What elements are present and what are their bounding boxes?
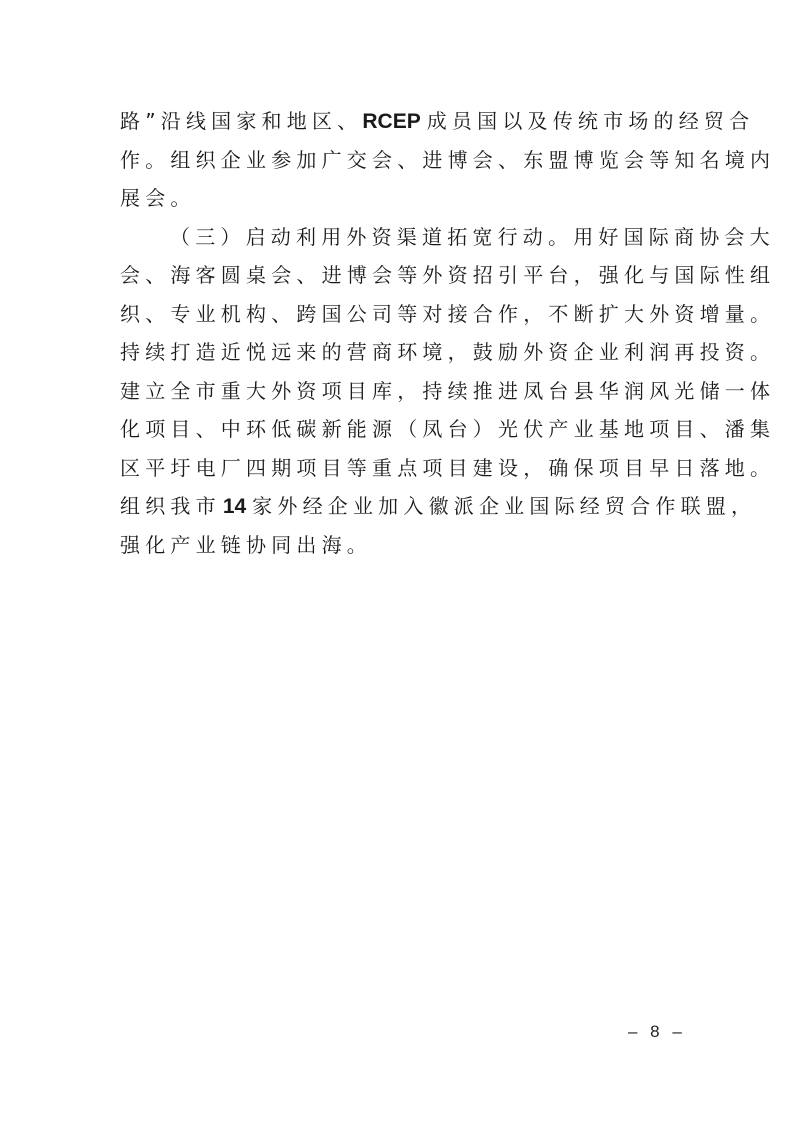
text-line: 化项目、中环低碳新能源（凤台）光伏产业基地项目、潘集 bbox=[120, 410, 676, 449]
text-line: 建立全市重大外资项目库，持续推进凤台县华润风光储一体 bbox=[120, 372, 676, 411]
text-line: 组织我市14家外经企业加入徽派企业国际经贸合作联盟， bbox=[120, 487, 676, 526]
text-line: 织、专业机构、跨国公司等对接合作，不断扩大外资增量。 bbox=[120, 295, 676, 334]
section-heading-line: （三）启动利用外资渠道拓宽行动。用好国际商协会大 bbox=[120, 218, 676, 257]
rcep-term: RCEP bbox=[362, 110, 420, 133]
text-segment: 组织我市 bbox=[120, 494, 221, 518]
enterprise-count: 14 bbox=[223, 495, 246, 518]
text-line: 会、海客圆桌会、进博会等外资招引平台，强化与国际性组 bbox=[120, 256, 676, 295]
page-number: – 8 – bbox=[628, 1022, 686, 1042]
text-segment: 成员国以及传统市场的经贸合 bbox=[427, 109, 755, 133]
text-segment: 家外经企业加入徽派企业国际经贸合作联盟， bbox=[252, 494, 756, 518]
body-text: 路”沿线国家和地区、RCEP成员国以及传统市场的经贸合 作。组织企业参加广交会、… bbox=[120, 102, 676, 564]
text-line: 持续打造近悦远来的营商环境，鼓励外资企业利润再投资。 bbox=[120, 333, 676, 372]
text-line: 区平圩电厂四期项目等重点项目建设，确保项目早日落地。 bbox=[120, 449, 676, 488]
text-segment: 路”沿线国家和地区、 bbox=[120, 109, 362, 133]
text-line: 路”沿线国家和地区、RCEP成员国以及传统市场的经贸合 bbox=[120, 102, 676, 141]
text-line: 作。组织企业参加广交会、进博会、东盟博览会等知名境内 bbox=[120, 141, 676, 180]
text-line: 展会。 bbox=[120, 179, 676, 218]
document-page: 路”沿线国家和地区、RCEP成员国以及传统市场的经贸合 作。组织企业参加广交会、… bbox=[0, 0, 793, 1122]
text-line: 强化产业链协同出海。 bbox=[120, 526, 676, 565]
